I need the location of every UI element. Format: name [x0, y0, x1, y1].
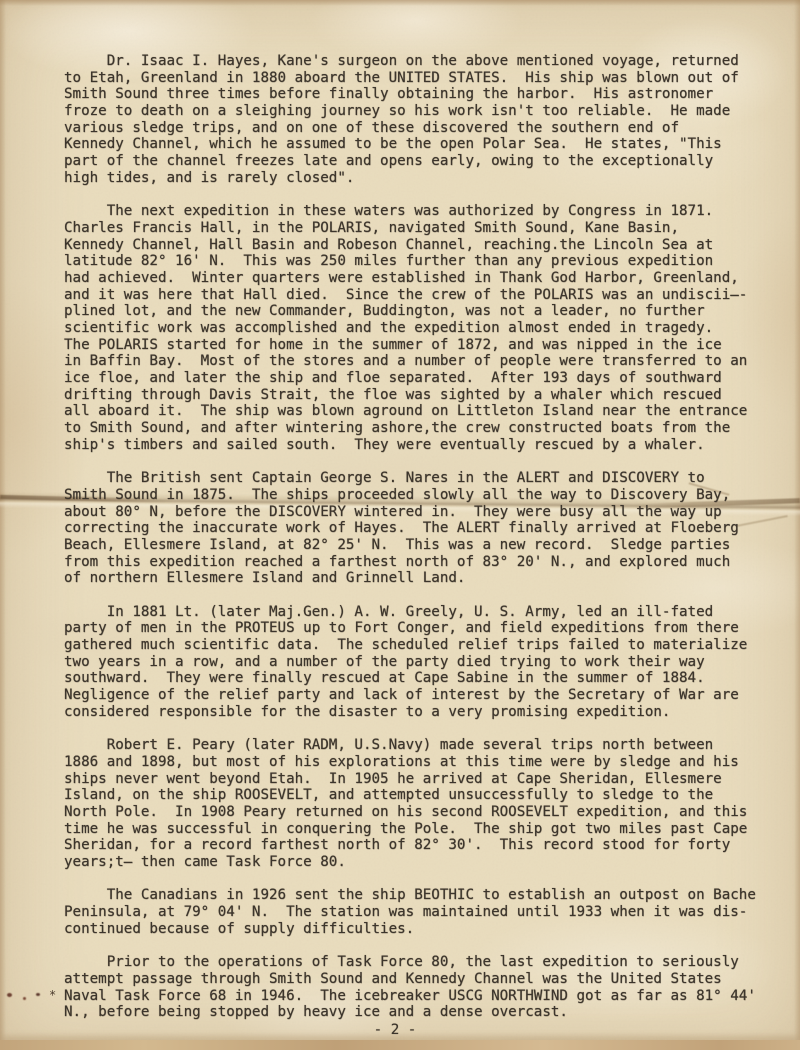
text-line: Beach, Ellesmere Island, at 82° 25' N. T… — [64, 537, 774, 554]
text-line: party of men in the PROTEUS up to Fort C… — [64, 620, 774, 637]
margin-dot — [23, 997, 26, 1000]
text-line: Charles Francis Hall, in the POLARIS, na… — [64, 220, 774, 237]
text-line: N., before being stopped by heavy ice an… — [64, 1004, 774, 1021]
paragraph: Dr. Isaac I. Hayes, Kane's surgeon on th… — [64, 53, 774, 187]
text-line: southward. They were finally rescued at … — [64, 670, 774, 687]
page-right-edge — [794, 0, 800, 1050]
text-line: various sledge trips, and on one of thes… — [64, 120, 774, 137]
text-line: The POLARIS started for home in the summ… — [64, 337, 774, 354]
paragraph: The Canadians in 1926 sent the ship BEOT… — [64, 887, 774, 937]
page-number: - 2 - — [374, 1022, 417, 1039]
text-line: about 80° N, before the DISCOVERY winter… — [64, 504, 774, 521]
text-line: Naval Task Force 68 in 1946. The icebrea… — [64, 988, 774, 1005]
text-line: from this expedition reached a farthest … — [64, 554, 774, 571]
text-line: ships never went beyond Etah. In 1905 he… — [64, 771, 774, 788]
text-line: 1886 and 1898, but most of his explorati… — [64, 754, 774, 771]
paragraph: In 1881 Lt. (later Maj.Gen.) A. W. Greel… — [64, 604, 774, 721]
text-line: Dr. Isaac I. Hayes, Kane's surgeon on th… — [64, 53, 774, 70]
page-bottom-edge — [0, 1040, 800, 1050]
text-line: gathered much scientific data. The sched… — [64, 637, 774, 654]
page-top-edge — [0, 0, 800, 6]
text-line: had achieved. Winter quarters were estab… — [64, 270, 774, 287]
paragraph: Prior to the operations of Task Force 80… — [64, 954, 774, 1021]
text-line: to Smith Sound, and after wintering asho… — [64, 420, 774, 437]
margin-dot — [36, 993, 40, 996]
text-line: The Canadians in 1926 sent the ship BEOT… — [64, 887, 774, 904]
paragraph: The British sent Captain George S. Nares… — [64, 470, 774, 587]
text-line: North Pole. In 1908 Peary returned on hi… — [64, 804, 774, 821]
scanned-page: Dr. Isaac I. Hayes, Kane's surgeon on th… — [0, 0, 800, 1050]
text-line: Kennedy Channel, Hall Basin and Robeson … — [64, 237, 774, 254]
text-line: considered responsible for the disaster … — [64, 704, 774, 721]
text-line: correcting the inaccurate work of Hayes.… — [64, 520, 774, 537]
text-line: and it was here that Hall died. Since th… — [64, 287, 774, 304]
text-line: froze to death on a sleighing journey so… — [64, 103, 774, 120]
text-line: ice floe, and later the ship and floe se… — [64, 370, 774, 387]
text-line: to Etah, Greenland in 1880 aboard the UN… — [64, 70, 774, 87]
paragraph: The next expedition in these waters was … — [64, 203, 774, 453]
text-line: two years in a row, and a number of the … — [64, 654, 774, 671]
text-line: attempt passage through Smith Sound and … — [64, 971, 774, 988]
text-line: The British sent Captain George S. Nares… — [64, 470, 774, 487]
text-line: The next expedition in these waters was … — [64, 203, 774, 220]
text-line: continued because of supply difficulties… — [64, 921, 774, 938]
margin-dot — [7, 993, 12, 997]
text-line: all aboard it. The ship was blown agroun… — [64, 403, 774, 420]
text-line: Smith Sound three times before finally o… — [64, 86, 774, 103]
typewritten-text-body: Dr. Isaac I. Hayes, Kane's surgeon on th… — [64, 53, 774, 1038]
text-line: Smith Sound in 1875. The ships proceeded… — [64, 487, 774, 504]
text-line: years;t̶ then came Task Force 80. — [64, 854, 774, 871]
page-left-edge — [0, 0, 6, 1050]
text-line: Island, on the ship ROOSEVELT, and attem… — [64, 787, 774, 804]
text-line: of northern Ellesmere Island and Grinnel… — [64, 570, 774, 587]
text-line: plined lot, and the new Commander, Buddi… — [64, 303, 774, 320]
text-line: Prior to the operations of Task Force 80… — [64, 954, 774, 971]
text-line: Peninsula, at 79° 04' N. The station was… — [64, 904, 774, 921]
paragraph: Robert E. Peary (later RADM, U.S.Navy) m… — [64, 737, 774, 871]
asterisk-mark: * — [49, 988, 56, 1002]
text-line: in Baffin Bay. Most of the stores and a … — [64, 353, 774, 370]
text-line: ship's timbers and sailed south. They we… — [64, 437, 774, 454]
text-line: drifting through Davis Strait, the floe … — [64, 387, 774, 404]
text-line: Negligence of the relief party and lack … — [64, 687, 774, 704]
text-line: scientific work was accomplished and the… — [64, 320, 774, 337]
text-line: Robert E. Peary (later RADM, U.S.Navy) m… — [64, 737, 774, 754]
text-line: Sheridan, for a record farthest north of… — [64, 837, 774, 854]
text-line: In 1881 Lt. (later Maj.Gen.) A. W. Greel… — [64, 604, 774, 621]
text-line: latitude 82° 16' N. This was 250 miles f… — [64, 253, 774, 270]
text-line: Kennedy Channel, which he assumed to be … — [64, 136, 774, 153]
text-line: time he was successful in conquering the… — [64, 821, 774, 838]
text-line: part of the channel freezes late and ope… — [64, 153, 774, 170]
text-line: high tides, and is rarely closed". — [64, 170, 774, 187]
